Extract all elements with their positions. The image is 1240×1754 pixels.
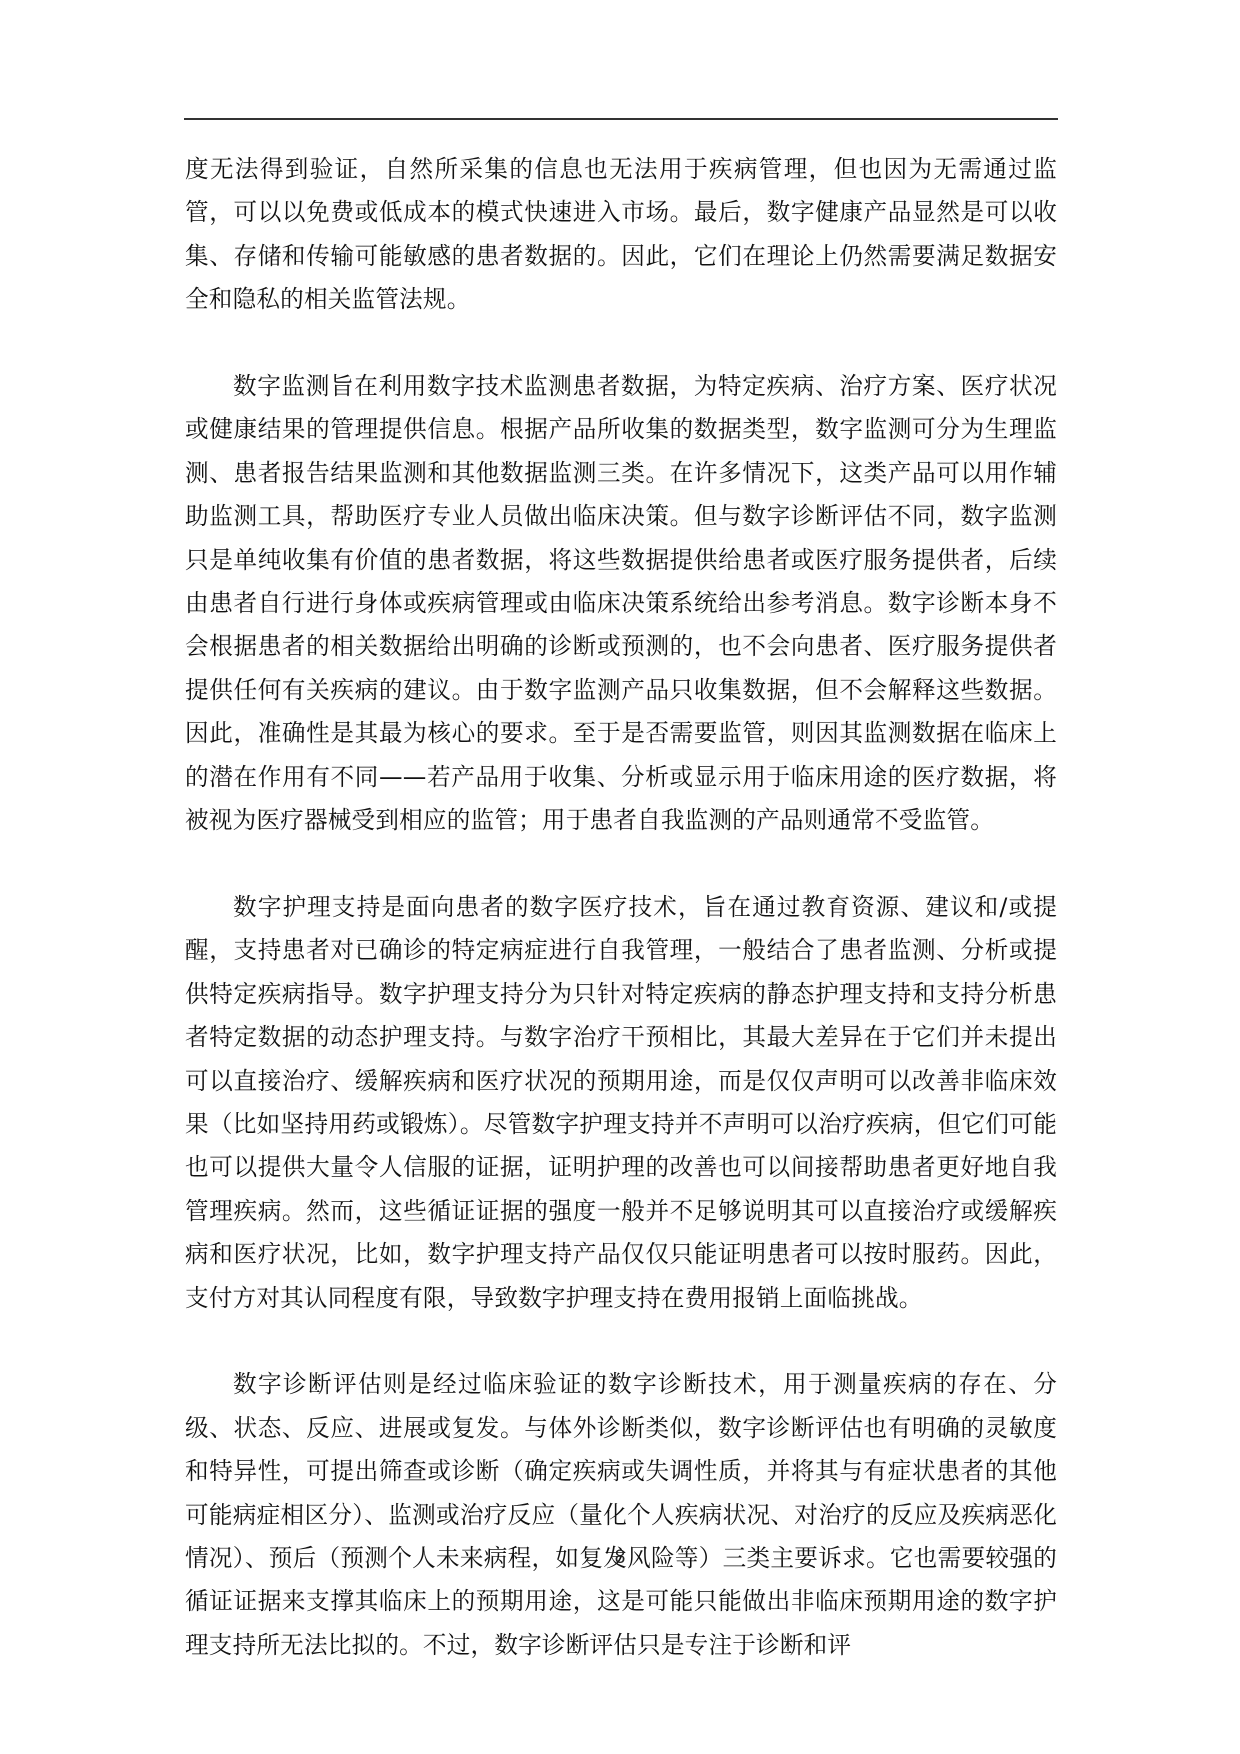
paragraph-1: 度无法得到验证，自然所采集的信息也无法用于疾病管理，但也因为无需通过监管，可以以… <box>185 148 1057 322</box>
paragraph-digital-monitoring: 数字监测旨在利用数字技术监测患者数据，为特定疾病、治疗方案、医疗状况或健康结果的… <box>185 365 1057 842</box>
document-page: 度无法得到验证，自然所采集的信息也无法用于疾病管理，但也因为无需通过监管，可以以… <box>0 0 1240 1754</box>
paragraph-digital-diagnostic-assessment: 数字诊断评估则是经过临床验证的数字诊断技术，用于测量疾病的存在、分级、状态、反应… <box>185 1363 1057 1667</box>
page-number: 8 <box>0 1547 1240 1569</box>
paragraph-digital-care-support: 数字护理支持是面向患者的数字医疗技术，旨在通过教育资源、建议和/或提醒，支持患者… <box>185 886 1057 1320</box>
body-text: 度无法得到验证，自然所采集的信息也无法用于疾病管理，但也因为无需通过监管，可以以… <box>185 148 1057 1711</box>
header-rule <box>184 118 1058 120</box>
